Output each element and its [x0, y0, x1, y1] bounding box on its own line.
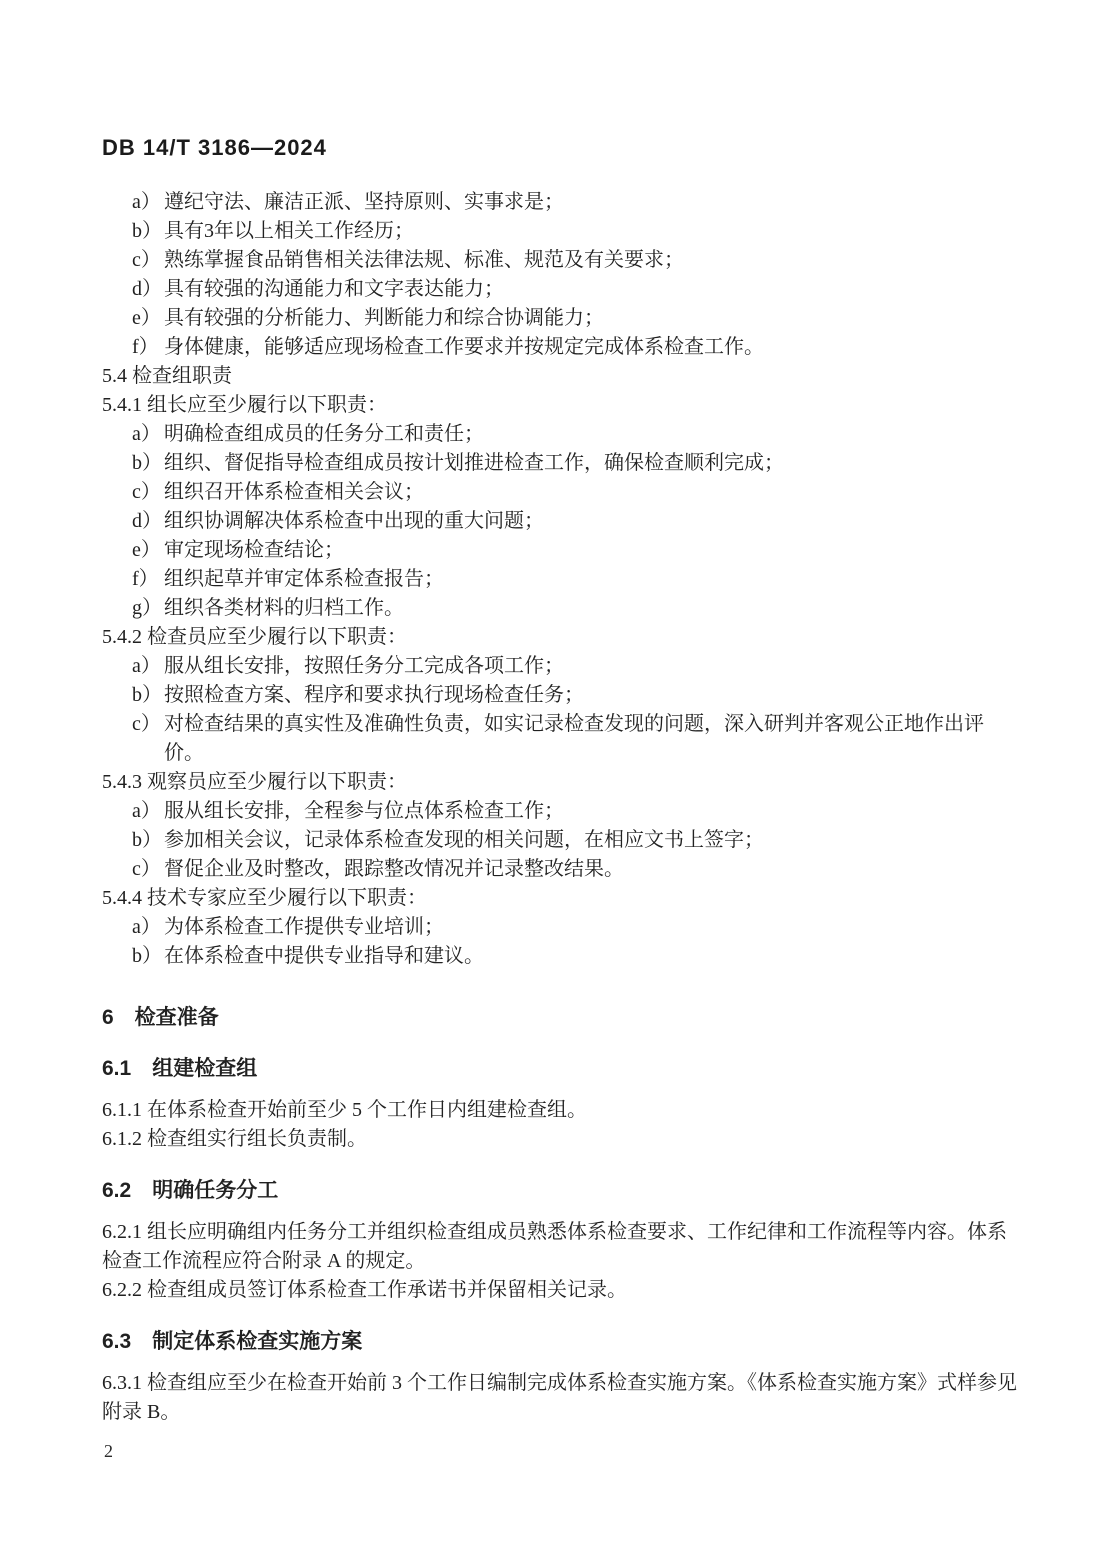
list-item-marker: e）: [132, 536, 164, 565]
list-item: a）遵纪守法、廉洁正派、坚持原则、实事求是；: [102, 188, 1020, 217]
list-item-text: 组织召开体系检查相关会议；: [164, 478, 1020, 507]
clause-paragraph: 6.2.2 检查组成员签订体系检查工作承诺书并保留相关记录。: [102, 1276, 1020, 1305]
list-item: a）为体系检查工作提供专业培训；: [102, 913, 1020, 942]
list-item: a）明确检查组成员的任务分工和责任；: [102, 420, 1020, 449]
list-item-marker: g）: [132, 594, 164, 623]
list-item: b）组织、督促指导检查组成员按计划推进检查工作，确保检查顺利完成；: [102, 449, 1020, 478]
list-item: c）对检查结果的真实性及准确性负责，如实记录检查发现的问题，深入研判并客观公正地…: [102, 710, 1020, 768]
list-item-marker: e）: [132, 304, 164, 333]
list-item-marker: c）: [132, 855, 164, 884]
list-item-text: 督促企业及时整改，跟踪整改情况并记录整改结果。: [164, 855, 1020, 884]
document-page: DB 14/T 3186—2024 a）遵纪守法、廉洁正派、坚持原则、实事求是；…: [0, 0, 1102, 1559]
list-item-text: 组织、督促指导检查组成员按计划推进检查工作，确保检查顺利完成；: [164, 449, 1020, 478]
list-item-text: 组织各类材料的归档工作。: [164, 594, 1020, 623]
list-item-text: 对检查结果的真实性及准确性负责，如实记录检查发现的问题，深入研判并客观公正地作出…: [164, 710, 1020, 768]
clause-paragraph: 6.2.1 组长应明确组内任务分工并组织检查组成员熟悉体系检查要求、工作纪律和工…: [102, 1218, 1020, 1276]
list-item: c）组织召开体系检查相关会议；: [102, 478, 1020, 507]
list-item-text: 身体健康，能够适应现场检查工作要求并按规定完成体系检查工作。: [164, 333, 1020, 362]
clause-paragraph: 6.3.1 检查组应至少在检查开始前 3 个工作日编制完成体系检查实施方案。《体…: [102, 1369, 1020, 1427]
list-item: c）督促企业及时整改，跟踪整改情况并记录整改结果。: [102, 855, 1020, 884]
list-item-marker: b）: [132, 942, 164, 971]
list-item: c）熟练掌握食品销售相关法律法规、标准、规范及有关要求；: [102, 246, 1020, 275]
list-item-marker: b）: [132, 826, 164, 855]
clause-paragraph: 5.4.4 技术专家应至少履行以下职责：: [102, 884, 1020, 913]
clause-paragraph: 6.1.1 在体系检查开始前至少 5 个工作日内组建检查组。: [102, 1096, 1020, 1125]
list-item: f）身体健康，能够适应现场检查工作要求并按规定完成体系检查工作。: [102, 333, 1020, 362]
list-item-text: 遵纪守法、廉洁正派、坚持原则、实事求是；: [164, 188, 1020, 217]
clause-paragraph: 5.4.3 观察员应至少履行以下职责：: [102, 768, 1020, 797]
list-item-marker: f）: [132, 565, 164, 594]
list-item: a）服从组长安排，全程参与位点体系检查工作；: [102, 797, 1020, 826]
list-item-marker: a）: [132, 797, 164, 826]
list-item-marker: a）: [132, 420, 164, 449]
list-item-marker: b）: [132, 449, 164, 478]
list-item-text: 组织起草并审定体系检查报告；: [164, 565, 1020, 594]
list-item-text: 为体系检查工作提供专业培训；: [164, 913, 1020, 942]
document-body: a）遵纪守法、廉洁正派、坚持原则、实事求是；b）具有3年以上相关工作经历；c）熟…: [102, 188, 1020, 1427]
clause-paragraph: 5.4.1 组长应至少履行以下职责：: [102, 391, 1020, 420]
list-item-text: 按照检查方案、程序和要求执行现场检查任务；: [164, 681, 1020, 710]
list-item-text: 具有3年以上相关工作经历；: [164, 217, 1020, 246]
list-item-text: 审定现场检查结论；: [164, 536, 1020, 565]
list-item: a）服从组长安排，按照任务分工完成各项工作；: [102, 652, 1020, 681]
list-item-marker: d）: [132, 507, 164, 536]
list-item: g）组织各类材料的归档工作。: [102, 594, 1020, 623]
clause-paragraph: 5.4 检查组职责: [102, 362, 1020, 391]
list-item-marker: c）: [132, 246, 164, 275]
list-item-text: 在体系检查中提供专业指导和建议。: [164, 942, 1020, 971]
list-item-marker: a）: [132, 652, 164, 681]
list-item-marker: a）: [132, 913, 164, 942]
list-item-text: 参加相关会议，记录体系检查发现的相关问题，在相应文书上签字；: [164, 826, 1020, 855]
list-item-marker: f）: [132, 333, 164, 362]
section-heading: 6.1 组建检查组: [102, 1054, 1020, 1083]
list-item-marker: b）: [132, 681, 164, 710]
list-item-text: 熟练掌握食品销售相关法律法规、标准、规范及有关要求；: [164, 246, 1020, 275]
list-item-text: 服从组长安排，按照任务分工完成各项工作；: [164, 652, 1020, 681]
chapter-heading: 6 检查准备: [102, 1003, 1020, 1032]
list-item: d）具有较强的沟通能力和文字表达能力；: [102, 275, 1020, 304]
list-item: e）具有较强的分析能力、判断能力和综合协调能力；: [102, 304, 1020, 333]
clause-paragraph: 6.1.2 检查组实行组长负责制。: [102, 1125, 1020, 1154]
list-item-marker: d）: [132, 275, 164, 304]
list-item-marker: c）: [132, 478, 164, 507]
list-item: d）组织协调解决体系检查中出现的重大问题；: [102, 507, 1020, 536]
clause-paragraph: 5.4.2 检查员应至少履行以下职责：: [102, 623, 1020, 652]
document-code: DB 14/T 3186—2024: [102, 133, 1020, 162]
section-heading: 6.2 明确任务分工: [102, 1176, 1020, 1205]
list-item: b）在体系检查中提供专业指导和建议。: [102, 942, 1020, 971]
list-item: e）审定现场检查结论；: [102, 536, 1020, 565]
list-item-text: 组织协调解决体系检查中出现的重大问题；: [164, 507, 1020, 536]
page-number: 2: [102, 1439, 1020, 1463]
list-item: b）具有3年以上相关工作经历；: [102, 217, 1020, 246]
list-item-text: 服从组长安排，全程参与位点体系检查工作；: [164, 797, 1020, 826]
list-item: b）参加相关会议，记录体系检查发现的相关问题，在相应文书上签字；: [102, 826, 1020, 855]
list-item: f）组织起草并审定体系检查报告；: [102, 565, 1020, 594]
list-item-marker: c）: [132, 710, 164, 768]
list-item-text: 具有较强的沟通能力和文字表达能力；: [164, 275, 1020, 304]
list-item-text: 明确检查组成员的任务分工和责任；: [164, 420, 1020, 449]
list-item-text: 具有较强的分析能力、判断能力和综合协调能力；: [164, 304, 1020, 333]
list-item-marker: b）: [132, 217, 164, 246]
list-item: b）按照检查方案、程序和要求执行现场检查任务；: [102, 681, 1020, 710]
section-heading: 6.3 制定体系检查实施方案: [102, 1327, 1020, 1356]
list-item-marker: a）: [132, 188, 164, 217]
